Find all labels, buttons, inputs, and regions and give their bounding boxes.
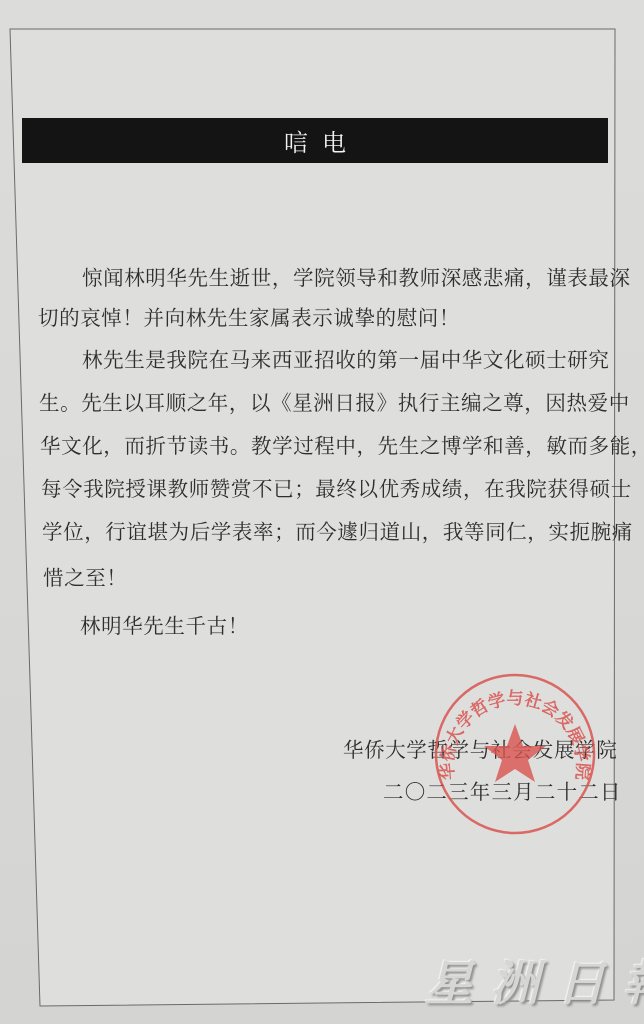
closing-line: 林明华先生千古！ xyxy=(80,614,249,638)
newspaper-watermark: 星洲日報 xyxy=(425,945,644,1014)
paragraph-2-line-6: 惜之至！ xyxy=(43,566,127,590)
document-title: 唁电 xyxy=(270,123,360,158)
paragraph-2-line-2: 生。先生以耳顺之年，以《星洲日报》执行主编之尊，因热爱中 xyxy=(39,391,630,415)
paragraph-1-line-1: 惊闻林明华先生逝世，学院领导和教师深感悲痛，谨表最深 xyxy=(82,266,631,290)
paragraph-2-line-3: 华文化，而折节读书。教学过程中，先生之博学和善，敏而多能， xyxy=(40,434,644,458)
paragraph-1-line-2: 切的哀悼！并向林先生家属表示诚挚的慰问！ xyxy=(38,306,460,330)
paragraph-2-line-5: 学位，行谊堪为后学表率；而今遽归道山，我等同仁，实扼腕痛 xyxy=(42,520,633,544)
title-banner: 唁电 xyxy=(22,118,608,163)
official-seal-stamp: 华侨大学哲学与社会发展学院 xyxy=(433,672,597,836)
star-icon xyxy=(484,724,546,782)
paragraph-2-line-4: 每令我院授课教师赞赏不已；最终以优秀成绩，在我院获得硕士 xyxy=(41,477,632,501)
paragraph-2-line-1: 林先生是我院在马来西亚招收的第一届中华文化硕士研究 xyxy=(82,348,610,372)
